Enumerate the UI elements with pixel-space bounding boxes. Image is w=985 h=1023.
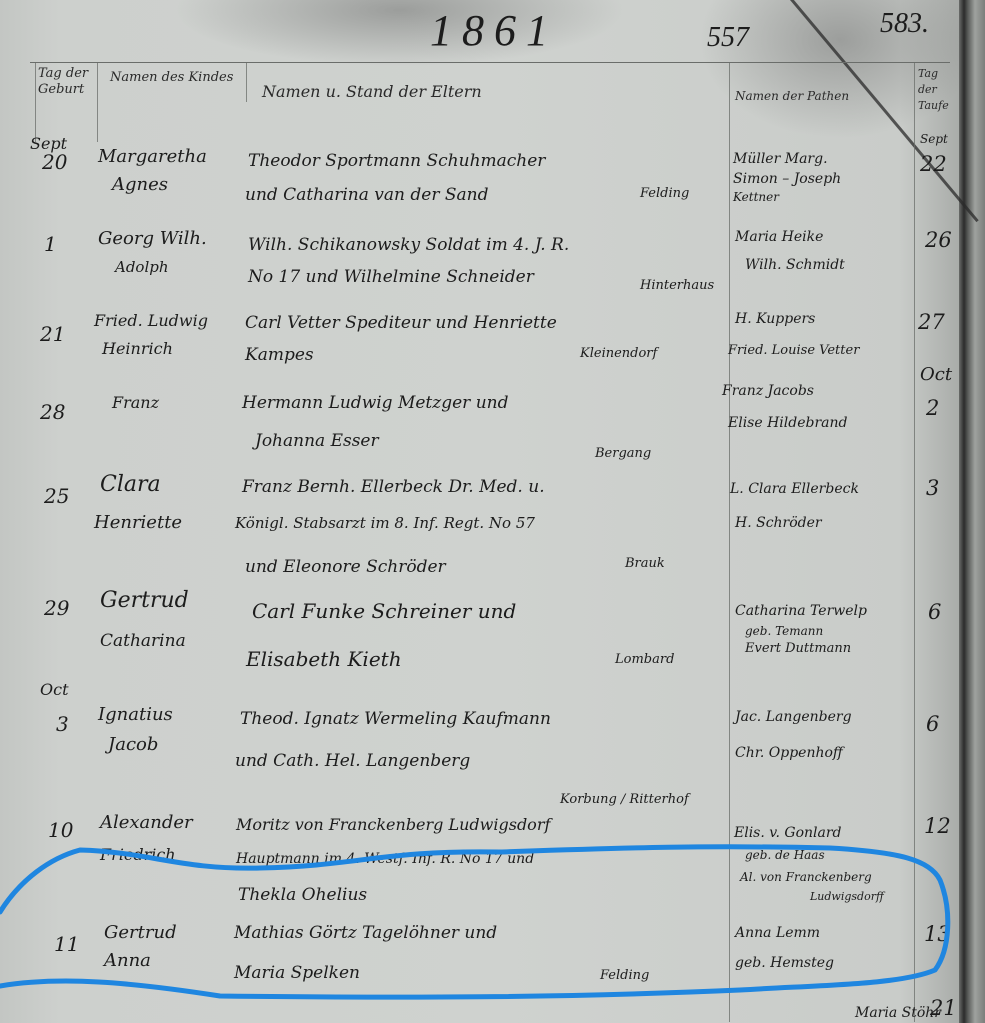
baptism-day: 3 — [926, 476, 939, 500]
mother-line: Maria Spelken — [234, 954, 360, 992]
mother-line: und Eleonore Schröder — [245, 548, 446, 586]
header-godparents: Namen der Pathen — [735, 88, 849, 104]
godparent-partial: Maria Stöhr — [855, 998, 941, 1023]
father-line: Theod. Ignatz Wermeling Kaufmann — [240, 700, 551, 738]
birth-day: 20 — [42, 150, 67, 174]
father-line: Mathias Görtz Tagelöhner und — [234, 914, 497, 952]
father-line: Franz Bernh. Ellerbeck Dr. Med. u. — [242, 468, 545, 506]
mother-line: Johanna Esser — [255, 422, 379, 460]
residence: Felding — [640, 186, 689, 201]
birth-day: 29 — [44, 596, 69, 620]
father-title: Hauptmann im 4. Westf. Inf. R. No 17 und — [236, 840, 534, 878]
father-line: Carl Funke Schreiner und — [252, 592, 516, 630]
child-middle-name: Friedrich — [100, 840, 176, 870]
page-number-right: 583. — [880, 8, 929, 40]
baptism-day: 26 — [925, 228, 952, 252]
birth-day: 28 — [40, 400, 65, 424]
birth-day: 3 — [56, 712, 69, 736]
header-birth-day: Tag der Geburt — [38, 66, 96, 98]
mother-line: No 17 und Wilhelmine Schneider — [248, 258, 534, 296]
baptism-day: 27 — [918, 310, 945, 334]
godparent: Chr. Oppenhoff — [735, 738, 843, 768]
birth-day: 1 — [44, 232, 57, 256]
mother-line: Elisabeth Kieth — [246, 640, 402, 678]
child-first-name: Gertrud — [104, 918, 177, 948]
father-title: Königl. Stabsarzt im 8. Inf. Regt. No 57 — [235, 504, 535, 542]
child-first-name: Ignatius — [98, 700, 173, 730]
child-first-name: Fried. Ludwig — [94, 306, 208, 336]
child-middle-name: Henriette — [94, 508, 182, 538]
mother-line: und Catharina van der Sand — [245, 176, 488, 214]
book-binding-edge — [959, 0, 985, 1023]
father-line: Hermann Ludwig Metzger und — [242, 384, 508, 422]
baptism-day: 6 — [926, 712, 939, 736]
child-middle-name: Adolph — [115, 252, 169, 282]
godparent: geb. Hemsteg — [735, 948, 834, 978]
father-line: Moritz von Franckenberg Ludwigsdorf — [236, 806, 550, 844]
godparent: Elise Hildebrand — [728, 408, 848, 438]
residence: Bergang — [595, 446, 651, 461]
birth-day: 10 — [48, 818, 73, 842]
birth-day: 25 — [44, 484, 69, 508]
child-first-name: Gertrud — [100, 586, 189, 616]
godparent: H. Schröder — [735, 508, 822, 538]
godparent: Franz Jacobs — [722, 376, 814, 406]
birth-day: 21 — [40, 322, 65, 346]
column-divider — [914, 62, 915, 1022]
baptism-month-oct: Oct — [920, 364, 952, 385]
residence: Hinterhaus — [640, 278, 714, 293]
child-middle-name: Agnes — [112, 170, 168, 200]
godparent: Ludwigsdorff — [810, 882, 884, 912]
godparent: Fried. Louise Vetter — [728, 336, 859, 366]
column-divider — [97, 62, 98, 142]
child-first-name: Alexander — [100, 808, 193, 838]
header-top-rule — [30, 62, 950, 63]
baptism-month-sept: Sept — [920, 132, 948, 146]
mother-line: Kampes — [245, 336, 314, 374]
baptism-day: 13 — [924, 922, 951, 946]
register-page: 1861 557 583. Tag der Geburt Namen des K… — [0, 0, 985, 1023]
mother-line: Thekla Ohelius — [238, 876, 367, 914]
residence: Brauk — [625, 556, 665, 571]
header-child-name: Namen des Kindes — [110, 70, 240, 86]
godparent: Kettner — [733, 182, 779, 212]
child-middle-name: Anna — [104, 946, 151, 976]
baptism-day: 2 — [926, 396, 939, 420]
child-first-name: Georg Wilh. — [98, 224, 207, 254]
child-first-name: Clara — [100, 470, 161, 500]
baptism-day: 12 — [924, 814, 951, 838]
baptism-day: 6 — [928, 600, 941, 624]
residence: Lombard — [615, 652, 674, 667]
father-line: Theodor Sportmann Schuhmacher — [248, 142, 545, 180]
child-first-name: Margaretha — [98, 142, 207, 172]
register-year: 1861 — [430, 5, 558, 56]
child-first-name: Franz — [112, 388, 159, 418]
godparent: H. Kuppers — [735, 304, 815, 334]
header-baptism-day: Tag der Taufe — [918, 66, 958, 114]
godparent: Maria Heike — [735, 222, 823, 252]
birth-day: 11 — [54, 932, 79, 956]
column-divider — [729, 62, 730, 1022]
header-parents: Namen u. Stand der Eltern — [262, 84, 482, 100]
godparent: Anna Lemm — [735, 918, 820, 948]
baptism-day: 22 — [920, 152, 947, 176]
child-middle-name: Catharina — [100, 626, 186, 656]
month-marker-oct: Oct — [40, 680, 69, 699]
godparent: Jac. Langenberg — [735, 702, 852, 732]
baptism-day-partial: 21 — [930, 996, 957, 1020]
residence: Korbung / Ritterhof — [560, 792, 689, 807]
column-divider — [35, 62, 36, 142]
godparent: Evert Duttmann — [745, 634, 851, 664]
residence: Kleinendorf — [580, 346, 657, 361]
residence: Felding — [600, 968, 649, 983]
godparent: Wilh. Schmidt — [745, 250, 845, 280]
godparent: L. Clara Ellerbeck — [730, 474, 859, 504]
column-divider — [246, 62, 247, 102]
mother-line: und Cath. Hel. Langenberg — [235, 742, 470, 780]
child-middle-name: Heinrich — [102, 334, 173, 364]
page-number-left: 557 — [707, 22, 749, 54]
child-middle-name: Jacob — [108, 730, 158, 760]
